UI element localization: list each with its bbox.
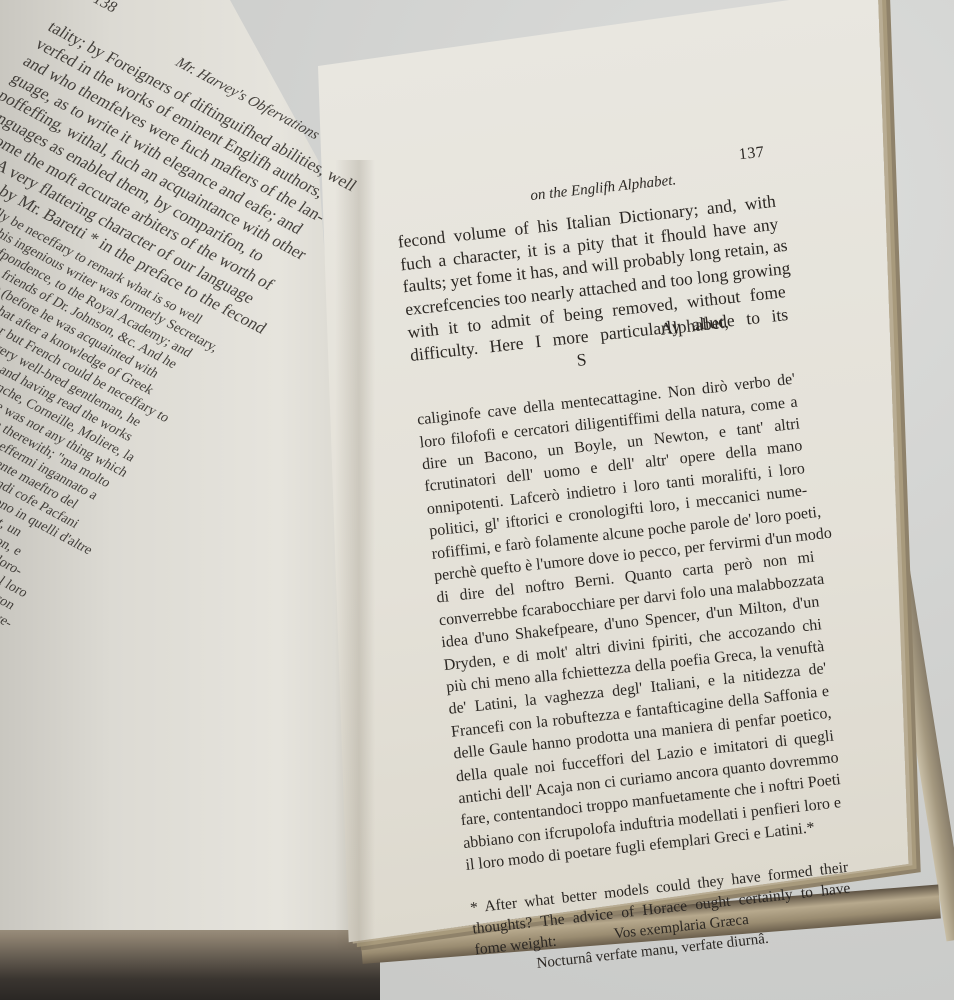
italian-quotation: caliginofe cave della mentecattagine. No… <box>416 369 845 878</box>
right-body: fecond volume of his Italian Dictionary;… <box>397 190 792 390</box>
book-gutter <box>335 160 375 950</box>
right-page-number: 137 <box>738 142 766 167</box>
left-page-number: 138 <box>88 0 122 18</box>
